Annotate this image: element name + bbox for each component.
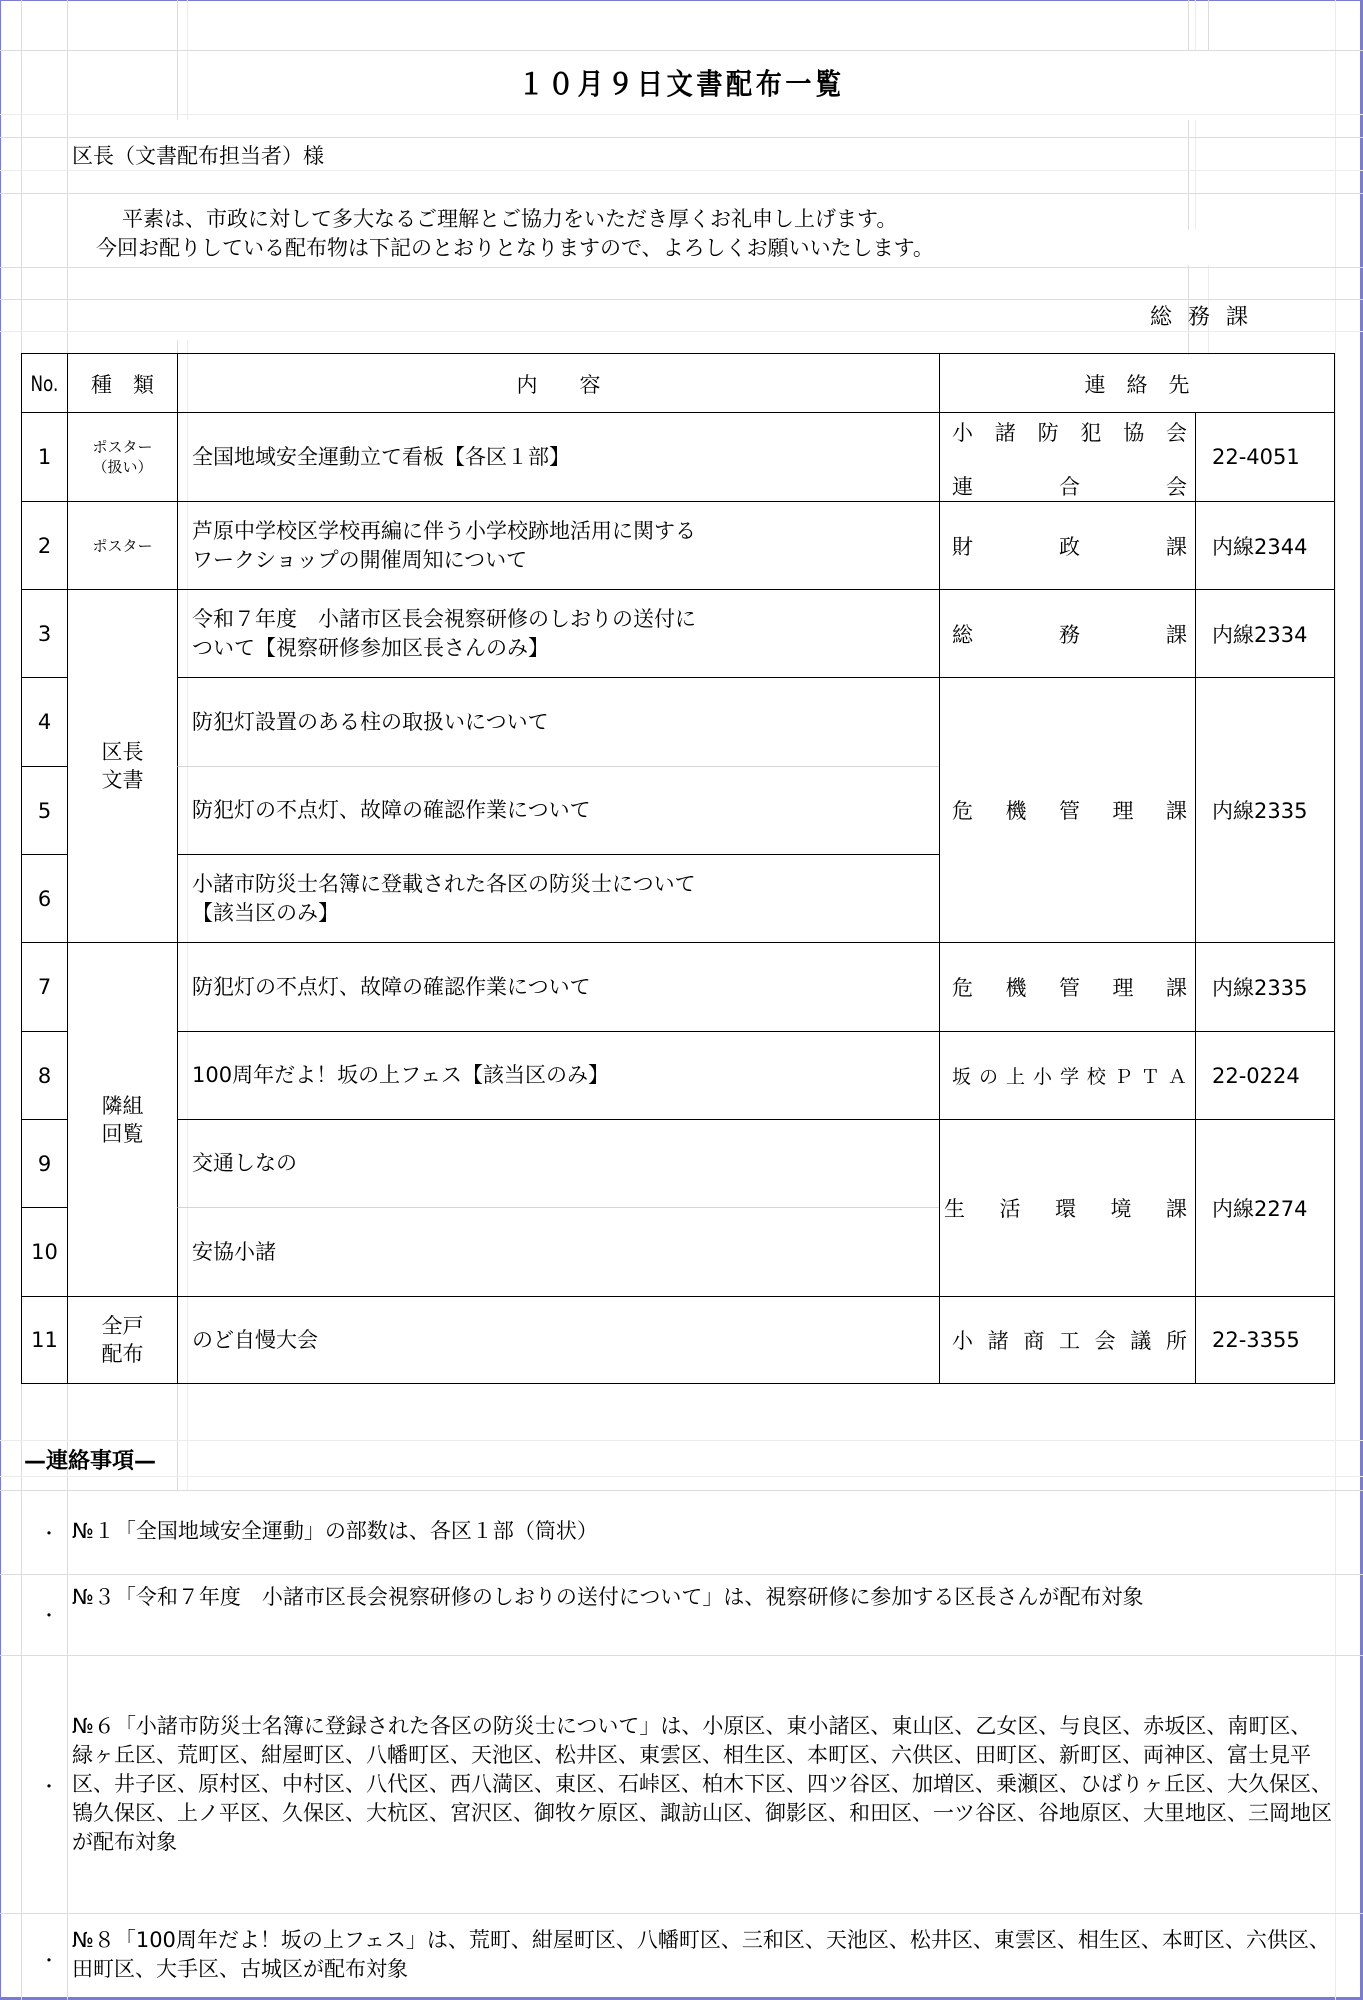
dept-char: 会 [1095, 1325, 1116, 1355]
content-row-2: 芦原中学校区学校再編に伴う小学校跡地活用に関するワークショップの開催周知について [177, 501, 939, 589]
dept-line-1: 小諸防犯協会 [952, 417, 1187, 447]
bullet-icon: ・ [40, 1602, 58, 1628]
dept-char: 管 [1059, 972, 1080, 1002]
content-line: 令和７年度 小諸市区長会視察研修のしおりの送付に [192, 605, 696, 634]
dept-char: 危 [952, 795, 973, 825]
header-contact-label: 連 絡 先 [1085, 369, 1190, 399]
dept-char: 課 [1166, 972, 1187, 1002]
content-line: 全国地域安全運動立て看板【各区１部】 [192, 443, 570, 472]
dept-char: 防 [1038, 417, 1059, 447]
dept-char: 課 [1166, 619, 1187, 649]
dept-char: 議 [1130, 1325, 1151, 1355]
content-line: 防犯灯の不点灯、故障の確認作業について [192, 796, 591, 825]
dept-char: の [979, 1062, 998, 1089]
row-no-11: 11 [21, 1296, 67, 1384]
content-row-5: 防犯灯の不点灯、故障の確認作業について [177, 766, 939, 854]
dept-char: 連 [952, 471, 973, 501]
content-row-4: 防犯灯設置のある柱の取扱いについて [177, 677, 939, 766]
dept-char: 理 [1113, 972, 1134, 1002]
content-row-10: 安協小諸 [177, 1207, 939, 1296]
header-contact: 連 絡 先 [939, 353, 1335, 413]
dept-char: 諸 [988, 1325, 1009, 1355]
dept-row-1: 小諸防犯協会 連合会 [939, 412, 1195, 501]
phone-row-11: 22-3355 [1195, 1296, 1335, 1384]
dept-row-7: 危機管理課 [939, 942, 1195, 1031]
content-line: 芦原中学校区学校再編に伴う小学校跡地活用に関する [192, 517, 696, 546]
dept-char: 諸 [995, 417, 1016, 447]
greeting-line-1: 平素は、市政に対して多大なるご理解とご協力をいただき厚くお礼申し上げます。 [122, 203, 897, 233]
kind-sublabel: （扱い） [92, 457, 152, 477]
dept-char: 小 [952, 1325, 973, 1355]
dept-char: Ｔ [1141, 1062, 1160, 1089]
row-no-4: 4 [21, 677, 67, 766]
content-row-9: 交通しなの [177, 1119, 939, 1207]
kind-all-households: 全戸 配布 [67, 1296, 177, 1384]
page-title: １０月９日文書配布一覧 [68, 62, 1295, 103]
header-content: 内 容 [177, 353, 939, 413]
kind-label: ポスター [92, 536, 152, 556]
phone-row-1: 22-4051 [1195, 412, 1335, 501]
content-row-7: 防犯灯の不点灯、故障の確認作業について [177, 942, 939, 1031]
content-line: 小諸市防災士名簿に登載された各区の防災士について [192, 870, 696, 899]
content-line: ついて【視察研修参加区長さんのみ】 [192, 634, 696, 663]
dept-char: 課 [1166, 1193, 1187, 1223]
dept-char: Ａ [1168, 1062, 1187, 1089]
content-row-8: 100周年だよ！坂の上フェス【該当区のみ】 [177, 1031, 939, 1119]
dept-char: Ｐ [1114, 1062, 1133, 1089]
header-kind: 種 類 [67, 353, 177, 413]
dept-char: 坂 [952, 1062, 971, 1089]
note-item-4: №８「100周年だよ！坂の上フェス」は、荒町、紺屋町区、八幡町区、三和区、天池区… [72, 1926, 1332, 1984]
content-row-11: のど自慢大会 [177, 1296, 939, 1384]
dept-char: 商 [1023, 1325, 1044, 1355]
phone-row-7: 内線2335 [1195, 942, 1335, 1031]
dept-char: 政 [1059, 531, 1080, 561]
dept-char: 上 [1006, 1062, 1025, 1089]
content-line: ワークショップの開催周知について [192, 546, 696, 575]
header-no-label: No. [31, 372, 59, 396]
kind-circular: 隣組 回覧 [67, 942, 177, 1296]
phone-rows-4-6: 内線2335 [1195, 677, 1335, 942]
content-line: 交通しなの [192, 1149, 297, 1178]
row-no-8: 8 [21, 1031, 67, 1119]
sender-department: 総務課 [1150, 300, 1264, 331]
kind-label: 隣組 [102, 1092, 144, 1120]
dept-char: 生 [944, 1193, 965, 1223]
kind-label: 回覧 [102, 1120, 144, 1148]
phone-row-3: 内線2334 [1195, 589, 1335, 677]
dept-char: 務 [1059, 619, 1080, 649]
dept-row-3: 総務課 [939, 589, 1195, 677]
note-item-3: №６「小諸市防災士名簿に登録された各区の防災士について」は、小原区、東小諸区、東… [72, 1712, 1332, 1857]
bullet-icon: ・ [40, 1520, 58, 1546]
notes-heading: —連絡事項— [24, 1444, 156, 1475]
dept-char: 財 [952, 531, 973, 561]
dept-char: 環 [1055, 1193, 1076, 1223]
phone-row-8: 22-0224 [1195, 1031, 1335, 1119]
kind-chief-docs: 区長 文書 [67, 589, 177, 942]
dept-rows-4-6: 危機管理課 [939, 677, 1195, 942]
kind-label: 文書 [102, 766, 144, 794]
dept-char: 犯 [1080, 417, 1101, 447]
dept-char: 所 [1166, 1325, 1187, 1355]
dept-char: 理 [1113, 795, 1134, 825]
row-no-3: 3 [21, 589, 67, 677]
note-item-1: №１「全国地域安全運動」の部数は、各区１部（筒状） [72, 1517, 1332, 1546]
kind-label: ポスター [92, 437, 152, 457]
header-kind-label: 種 類 [91, 369, 154, 399]
dept-row-8: 坂の上小学校ＰＴＡ [939, 1031, 1195, 1119]
dept-char: 校 [1087, 1062, 1106, 1089]
content-line: のど自慢大会 [192, 1326, 318, 1355]
dept-char: 課 [1166, 795, 1187, 825]
content-row-3: 令和７年度 小諸市区長会視察研修のしおりの送付について【視察研修参加区長さんのみ… [177, 589, 939, 677]
row-no-7: 7 [21, 942, 67, 1031]
dept-char: 小 [1033, 1062, 1052, 1089]
dept-char: 課 [1166, 531, 1187, 561]
content-line: 防犯灯の不点灯、故障の確認作業について [192, 973, 591, 1002]
dept-char: 学 [1060, 1062, 1079, 1089]
dept-char: 機 [1006, 795, 1027, 825]
content-line: 100周年だよ！坂の上フェス【該当区のみ】 [192, 1061, 609, 1090]
kind-label: 全戸 [102, 1312, 144, 1340]
dept-char: 境 [1111, 1193, 1132, 1223]
row-no-2: 2 [21, 501, 67, 589]
dept-char: 協 [1123, 417, 1144, 447]
dept-char: 小 [952, 417, 973, 447]
dept-char: 総 [952, 619, 973, 649]
bullet-icon: ・ [40, 1947, 58, 1973]
dept-char: 活 [1000, 1193, 1021, 1223]
content-line: 【該当区のみ】 [192, 899, 696, 928]
content-line: 防犯灯設置のある柱の取扱いについて [192, 708, 549, 737]
phone-rows-9-10: 内線2274 [1195, 1119, 1335, 1296]
dept-row-2: 財政課 [939, 501, 1195, 589]
addressee: 区長（文書配布担当者）様 [72, 140, 324, 170]
bullet-icon: ・ [40, 1773, 58, 1799]
row-no-6: 6 [21, 854, 67, 942]
row-no-10: 10 [21, 1207, 67, 1296]
dept-char: 管 [1059, 795, 1080, 825]
header-content-label: 内 容 [517, 369, 601, 399]
dept-char: 工 [1059, 1325, 1080, 1355]
greeting-line-2: 今回お配りしている配布物は下記のとおりとなりますので、よろしくお願いいたします。 [96, 232, 934, 262]
dept-rows-9-10: 生活環境課 [939, 1119, 1195, 1296]
dept-char: 会 [1166, 417, 1187, 447]
dept-char: 合 [1059, 471, 1080, 501]
dept-char: 会 [1166, 471, 1187, 501]
header-no: No. [21, 353, 67, 413]
content-row-6: 小諸市防災士名簿に登載された各区の防災士について【該当区のみ】 [177, 854, 939, 942]
note-item-2: №３「令和７年度 小諸市区長会視察研修のしおりの送付について」は、視察研修に参加… [72, 1583, 1332, 1612]
phone-row-2: 内線2344 [1195, 501, 1335, 589]
kind-poster-handling: ポスター （扱い） [67, 412, 177, 501]
row-no-5: 5 [21, 766, 67, 854]
dept-line-2: 連合会 [952, 471, 1187, 501]
content-line: 安協小諸 [192, 1238, 276, 1267]
dept-char: 危 [952, 972, 973, 1002]
dept-char: 機 [1006, 972, 1027, 1002]
row-no-9: 9 [21, 1119, 67, 1207]
dept-row-11: 小諸商工会議所 [939, 1296, 1195, 1384]
kind-label: 区長 [102, 738, 144, 766]
row-no-1: 1 [21, 412, 67, 501]
content-row-1: 全国地域安全運動立て看板【各区１部】 [177, 412, 939, 501]
kind-label: 配布 [102, 1340, 144, 1368]
kind-poster: ポスター [67, 501, 177, 589]
